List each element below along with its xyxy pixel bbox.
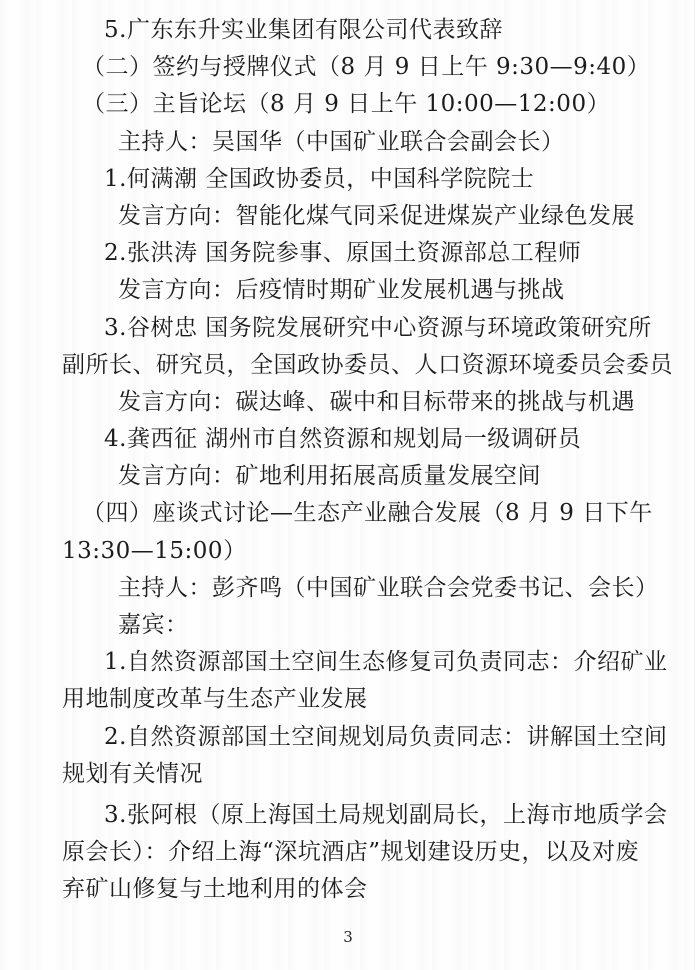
doc-line-guest-3-wrap-1: 原会长）：介绍上海“深坑酒店”规划建设历史，以及对废 [62,834,640,871]
doc-line-guest-1-wrap: 用地制度改革与生态产业发展 [62,681,640,718]
doc-line-speaker-3-wrap: 副所长、研究员，全国政协委员、人口资源环境委员会委员 [62,347,640,384]
agenda-text-block: 5.广东东升实业集团有限公司代表致辞 （二）签约与授牌仪式（8 月 9 日上午 … [62,12,640,909]
doc-line-section-4-time-wrap: 13:30—15:00） [62,533,640,570]
doc-line-moderator-peng-qiming: 主持人：彭齐鸣（中国矿业联合会党委书记、会长） [62,570,640,607]
doc-line-speaker-2-zhang-hongtao: 2.张洪涛 国务院参事、原国土资源部总工程师 [62,235,640,272]
doc-line-speaker-4-gong-xizheng: 4.龚西征 湖州市自然资源和规划局一级调研员 [62,421,640,458]
doc-line-guest-3-zhang-agen: 3.张阿根（原上海国土局规划副局长，上海市地质学会 [62,797,640,834]
doc-line-guest-2-wrap: 规划有关情况 [62,756,640,793]
doc-line-topic-1: 发言方向：智能化煤气同采促进煤炭产业绿色发展 [62,198,640,235]
doc-line-guest-1: 1.自然资源部国土空间生态修复司负责同志：介绍矿业 [62,644,640,681]
doc-line-guest-2: 2.自然资源部国土空间规划局负责同志：讲解国土空间 [62,719,640,756]
doc-line-section-2-heading: （二）签约与授牌仪式（8 月 9 日上午 9:30—9:40） [62,49,640,86]
doc-line-section-3-heading: （三）主旨论坛（8 月 9 日上午 10:00—12:00） [62,86,640,123]
doc-line-section-4-heading: （四）座谈式讨论—生态产业融合发展（8 月 9 日下午 [62,495,640,532]
doc-line-topic-2: 发言方向：后疫情时期矿业发展机遇与挑战 [62,272,640,309]
doc-line-moderator-wu-guohua: 主持人：吴国华（中国矿业联合会副会长） [62,124,640,161]
document-page: 5.广东东升实业集团有限公司代表致辞 （二）签约与授牌仪式（8 月 9 日上午 … [0,0,696,970]
doc-line-topic-3: 发言方向：碳达峰、碳中和目标带来的挑战与机遇 [62,384,640,421]
doc-line-guest-3-wrap-2: 弃矿山修复与土地利用的体会 [62,871,640,908]
doc-line-speaker-1-he-manchao: 1.何满潮 全国政协委员，中国科学院院士 [62,161,640,198]
page-number: 3 [0,928,696,946]
doc-line-topic-4: 发言方向：矿地利用拓展高质量发展空间 [62,458,640,495]
doc-line-opening-item-5: 5.广东东升实业集团有限公司代表致辞 [62,12,640,49]
doc-line-speaker-3-gu-shuzhong: 3.谷树忠 国务院发展研究中心资源与环境政策研究所 [62,310,640,347]
doc-line-guests-label: 嘉宾： [62,607,640,644]
